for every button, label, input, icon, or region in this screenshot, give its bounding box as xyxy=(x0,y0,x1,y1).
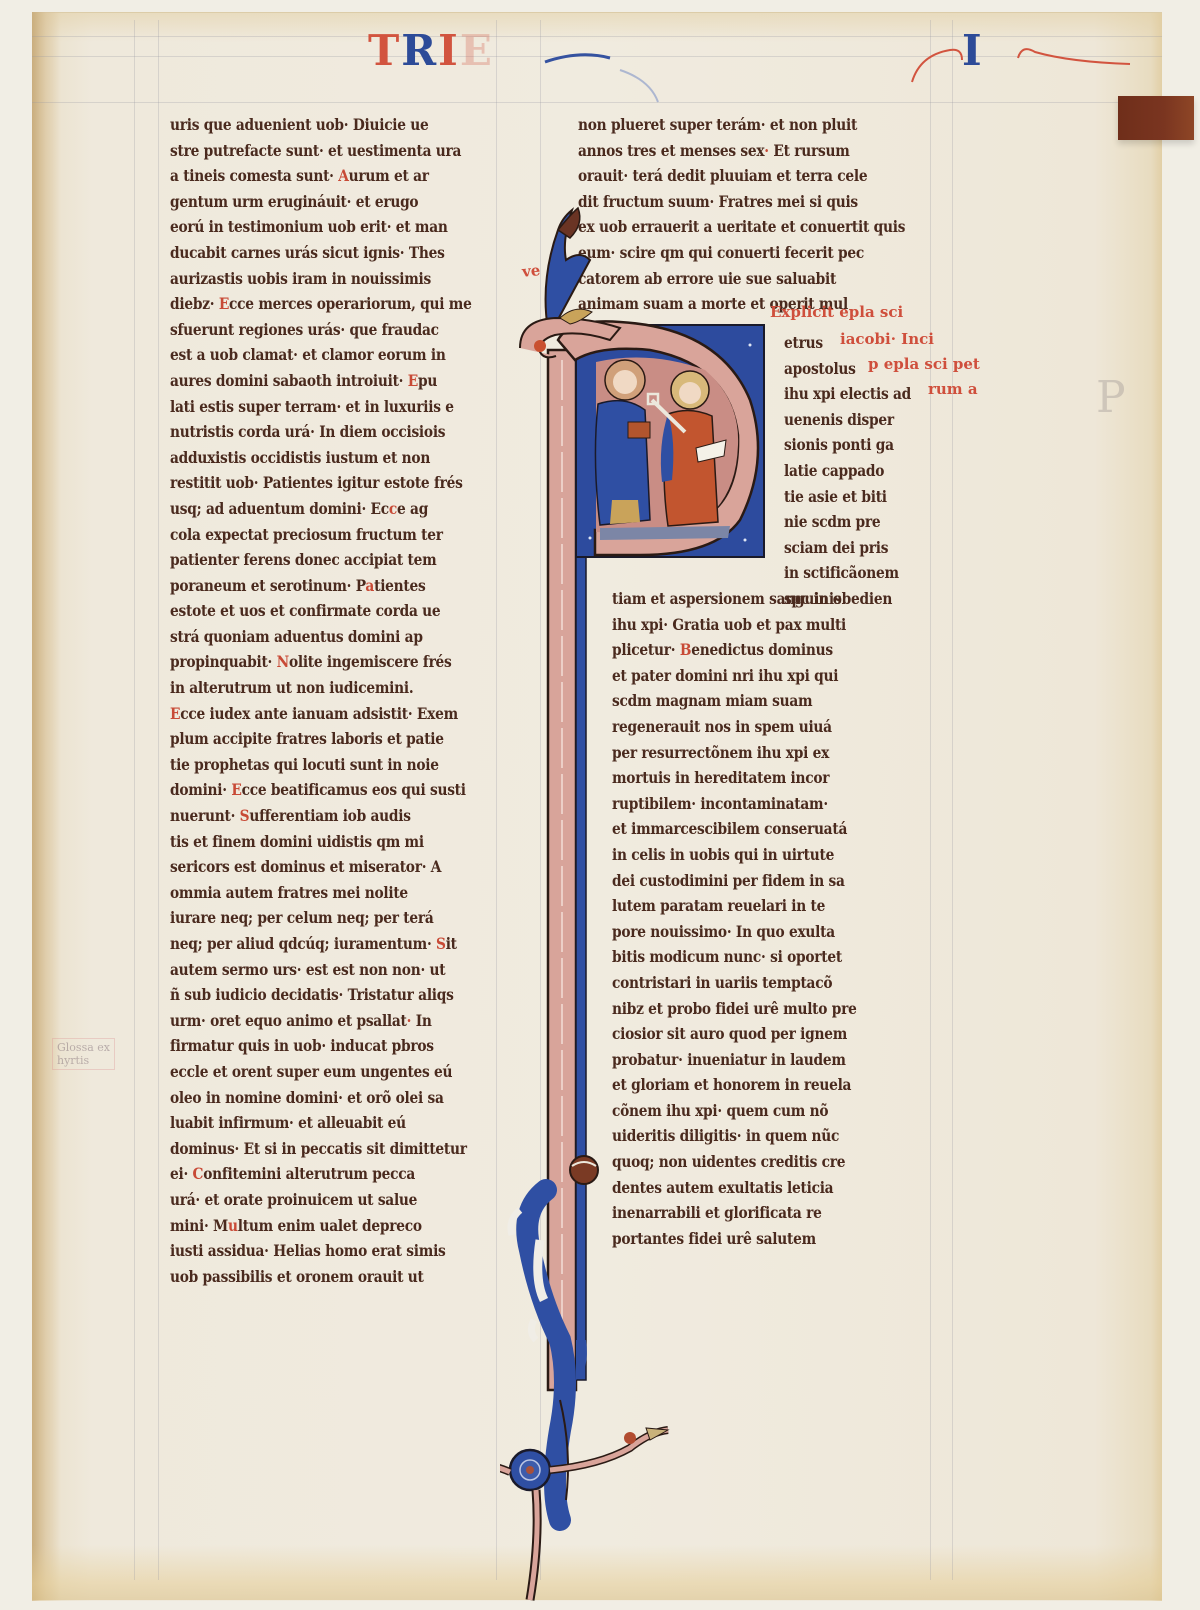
margin-note-line-1: Glossa ex xyxy=(57,1041,110,1054)
rubricated-initial: E xyxy=(170,704,180,723)
margin-note-line-2: hyrtis xyxy=(57,1054,110,1067)
grotesque-head xyxy=(570,1156,598,1184)
text-line: tie asie et biti xyxy=(784,484,911,510)
rubricated-initial: u xyxy=(228,1216,238,1235)
header-letter-4: E xyxy=(460,26,494,75)
rubric-iacobi: iacobi· Inci xyxy=(840,330,934,348)
text-line: lati estis super terram· et in luxuriis … xyxy=(170,394,472,420)
ruling-v-left-outer xyxy=(134,20,135,1580)
rubricated-initial: a xyxy=(365,576,374,595)
text-line: nie scdm pre xyxy=(784,509,911,535)
text-line: domini· Ecce beatificamus eos qui susti xyxy=(170,777,472,803)
text-line: uenenis disper xyxy=(784,407,911,433)
text-line: Ecce iudex ante ianuam adsistit· Exem xyxy=(170,701,472,727)
rubricated-initial: S xyxy=(436,934,446,953)
text-line: cola expectat preciosum fructum ter xyxy=(170,522,472,548)
text-line: urm· oret equo animo et psallat· In xyxy=(170,1008,472,1034)
rubricated-initial: E xyxy=(219,294,229,313)
text-line: iusti assidua· Helias homo erat simis xyxy=(170,1238,472,1264)
text-line: aurizastis uobis iram in nouissimis xyxy=(170,266,472,292)
text-line: uris que aduenient uob· Diuicie ue xyxy=(170,112,472,138)
rubricated-initial: N xyxy=(277,652,289,671)
header-flourish-right xyxy=(900,30,1160,90)
text-line: tie prophetas qui locuti sunt in noie xyxy=(170,752,472,778)
text-line: ei· Confitemini alterutrum pecca xyxy=(170,1161,472,1187)
text-line: sfuerunt regiones urás· que fraudac xyxy=(170,317,472,343)
text-line: non plueret super terám· et non pluit xyxy=(578,112,905,138)
rubricated-initial: E xyxy=(408,371,418,390)
text-line: latie cappado xyxy=(784,458,911,484)
text-line: annos tres et menses sex· Et rursum xyxy=(578,138,905,164)
text-line: in alterutrum ut non iudicemini. xyxy=(170,675,472,701)
text-line: autem sermo urs· est est non non· ut xyxy=(170,957,472,983)
text-line: a tineis comesta sunt· Aurum et ar xyxy=(170,163,472,189)
text-line: tis et finem domini uidistis qm mi xyxy=(170,829,472,855)
text-line: iurare neq; per celum neq; per terá xyxy=(170,905,472,931)
text-line: usq; ad aduentum domini· Ecce ag xyxy=(170,496,472,522)
text-line: eccle et orent super eum ungentes eú xyxy=(170,1059,472,1085)
left-text-column: uris que aduenient uob· Diuicie uestre p… xyxy=(170,112,521,1289)
text-line: mini· Multum enim ualet depreco xyxy=(170,1213,472,1239)
text-line: restitit uob· Patientes igitur estote fr… xyxy=(170,470,472,496)
text-line: firmatur quis in uob· inducat pbros xyxy=(170,1033,472,1059)
text-line: sericors est dominus et miserator· A xyxy=(170,854,472,880)
text-line: eorú in testimonium uob erit· et man xyxy=(170,214,472,240)
rubricated-initial: c xyxy=(389,499,397,518)
text-line: orauit· terá dedit pluuiam et terra cele xyxy=(578,163,905,189)
text-line: patienter ferens donec accipiat tem xyxy=(170,547,472,573)
rubric-incipit-petri: p epla sci pet xyxy=(868,355,980,373)
text-line: luabit infirmum· et alleuabit eú xyxy=(170,1110,472,1136)
historiated-initial-p xyxy=(500,200,800,1610)
text-line: uob passibilis et oronem orauit ut xyxy=(170,1264,472,1290)
header-letter-1: T xyxy=(368,26,401,75)
text-line: neq; per aliud qdcúq; iuramentum· Sit xyxy=(170,931,472,957)
text-line: sciam dei pris xyxy=(784,535,911,561)
text-line: aures domini sabaoth introiuit· Epu xyxy=(170,368,472,394)
faint-margin-note: Glossa ex hyrtis xyxy=(52,1038,115,1070)
text-line: strá quoniam aduentus domini ap xyxy=(170,624,472,650)
text-line: urá· et orate proinuicem ut salue xyxy=(170,1187,472,1213)
rubricated-initial: C xyxy=(193,1164,204,1183)
rubric-rum: rum a xyxy=(928,380,978,398)
leather-tab xyxy=(1118,96,1194,140)
text-line: ihu xpi electis ad xyxy=(784,381,911,407)
text-line: adduxistis occidistis iustum et non xyxy=(170,445,472,471)
text-line: in sctificãonem xyxy=(784,560,911,586)
header-letter-3: I xyxy=(438,26,460,75)
header-letter-2: R xyxy=(401,26,438,75)
ruling-v-left-inner xyxy=(158,20,159,1580)
text-line: ducabit carnes urás sicut ignis· Thes xyxy=(170,240,472,266)
rubricated-initial: S xyxy=(240,806,250,825)
text-line: dominus· Et si in peccatis sit dimittetu… xyxy=(170,1136,472,1162)
text-line: ommia autem fratres mei nolite xyxy=(170,880,472,906)
text-line: sionis ponti ga xyxy=(784,432,911,458)
header-flourish-left xyxy=(540,40,670,110)
text-line: ñ sub iudicio decidatis· Tristatur aliqs xyxy=(170,982,472,1008)
text-line: poraneum et serotinum· Patientes xyxy=(170,573,472,599)
text-line: oleo in nomine domini· et orõ olei sa xyxy=(170,1085,472,1111)
text-line: nutristis corda urá· In diem occisiois xyxy=(170,419,472,445)
text-line: diebz· Ecce merces operariorum, qui me xyxy=(170,291,472,317)
text-line: est a uob clamat· et clamor eorum in xyxy=(170,342,472,368)
rubricated-initial: A xyxy=(338,166,348,185)
running-header-left: TRIE xyxy=(368,26,494,75)
text-line: nuerunt· Sufferentiam iob audis xyxy=(170,803,472,829)
faint-pencil-letter: P xyxy=(1096,372,1126,423)
text-line: estote et uos et confirmate corda ue xyxy=(170,598,472,624)
text-line: stre putrefacte sunt· et uestimenta ura xyxy=(170,138,472,164)
text-line: plum accipite fratres laboris et patie xyxy=(170,726,472,752)
text-line: gentum urm erugináuit· et erugo xyxy=(170,189,472,215)
left-edge-stain xyxy=(32,12,60,1600)
text-line: propinquabit· Nolite ingemiscere frés xyxy=(170,649,472,675)
rubricated-initial: E xyxy=(231,780,241,799)
